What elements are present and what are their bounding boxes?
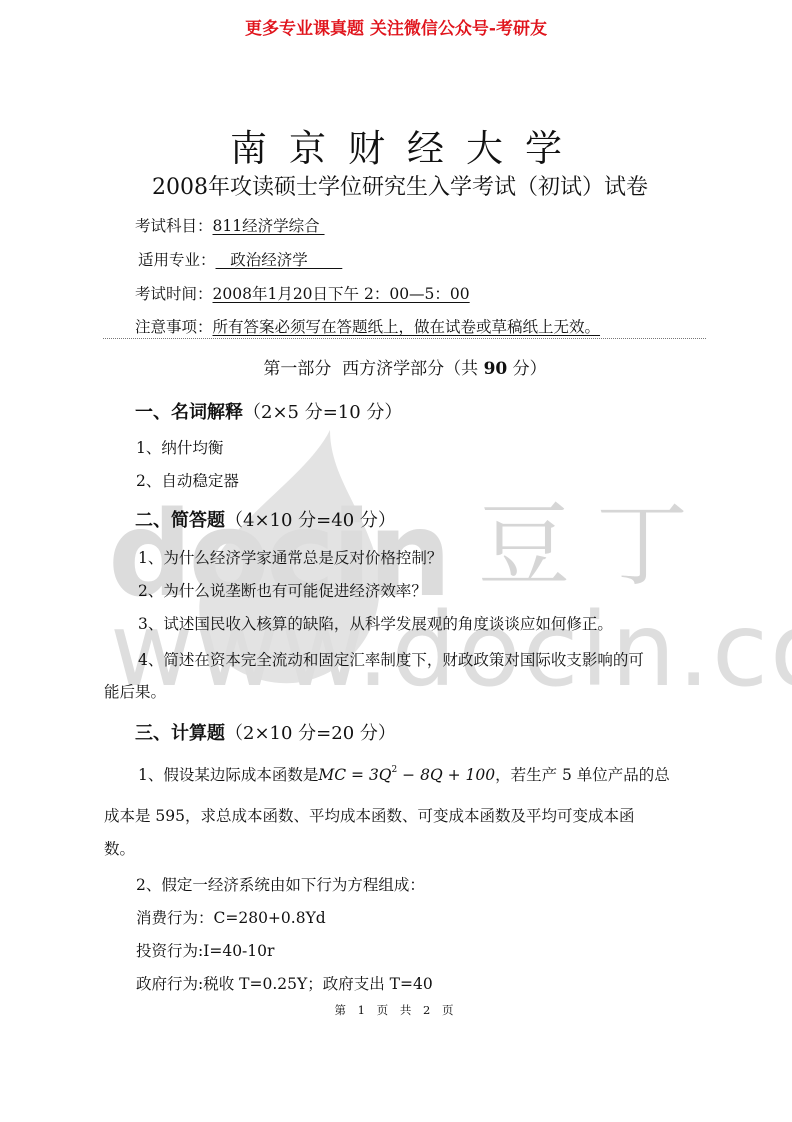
university-name: 南京财经大学 [0, 118, 792, 172]
formula-rhs: − 8Q + 100 [397, 766, 495, 784]
list-item: 消费行为：C=280+0.8Yd [136, 906, 326, 928]
section-heading-text: 三、计算题 [135, 723, 225, 744]
part-title: 第一部分 西方济学部分（共 90 分） [0, 354, 792, 379]
list-item: 投资行为:I=40-10r [136, 939, 274, 961]
info-label: 适用专业： [138, 251, 216, 269]
section-heading-text: 一、名词解释 [135, 402, 243, 423]
part-score: 90 [484, 359, 508, 379]
list-item: 2、假定一经济系统由如下行为方程组成： [136, 873, 425, 895]
list-item: 2、为什么说垄断也有可能促进经济效率？ [138, 579, 427, 601]
section-heading-1: 一、名词解释（2×5 分=10 分） [135, 398, 402, 424]
list-item: 3、试述国民收入核算的缺陷，从科学发展观的角度谈谈应如何修正。 [138, 612, 613, 634]
info-subject: 考试科目：811经济学综合 [135, 214, 325, 236]
info-time: 考试时间：2008年1月20日下午 2：00—5：00 [135, 282, 470, 304]
item-text: 1、假设某边际成本函数是 [138, 766, 318, 784]
list-item-continuation: 成本是 595，求总成本函数、平均成本函数、可变成本函数及平均可变成本函 [104, 804, 635, 826]
info-major: 适用专业： 政治经济学 [138, 248, 342, 270]
list-item: 1、假设某边际成本函数是MC = 3Q2 − 8Q + 100，若生产 5 单位… [138, 763, 670, 785]
item-text: ，若生产 5 单位产品的总 [495, 766, 670, 784]
section-heading-text: 二、简答题 [135, 510, 225, 531]
formula: MC = 3Q2 − 8Q + 100 [318, 766, 495, 784]
list-item: 1、为什么经济学家通常总是反对价格控制？ [138, 546, 442, 568]
info-value: 政治经济学 [216, 251, 343, 269]
list-item: 1、纳什均衡 [136, 436, 223, 458]
section-points: （2×10 分=20 分） [225, 723, 396, 744]
info-value: 2008年1月20日下午 2：00—5：00 [213, 285, 470, 303]
section-heading-2: 二、简答题（4×10 分=40 分） [135, 506, 396, 532]
info-notice: 注意事项：所有答案必须写在答题纸上，做在试卷或草稿纸上无效。 [135, 315, 600, 337]
formula-lhs: MC = 3Q [318, 766, 391, 784]
section-points: （2×5 分=10 分） [243, 402, 402, 423]
part-title-prefix: 第一部分 西方济学部分（共 [263, 359, 483, 379]
section-points: （4×10 分=40 分） [225, 510, 396, 531]
list-item-continuation: 能后果。 [104, 680, 166, 702]
list-item: 2、自动稳定器 [136, 469, 239, 491]
list-item-continuation: 数。 [104, 837, 135, 859]
exam-title: 2008年攻读硕士学位研究生入学考试（初试）试卷 [0, 170, 792, 201]
list-item: 政府行为:税收 T=0.25Y；政府支出 T=40 [136, 972, 433, 994]
info-value: 所有答案必须写在答题纸上，做在试卷或草稿纸上无效。 [213, 318, 601, 336]
watermark-douding: 豆丁 [478, 500, 714, 592]
section-heading-3: 三、计算题（2×10 分=20 分） [135, 719, 396, 745]
info-label: 考试科目： [135, 217, 213, 235]
info-label: 注意事项： [135, 318, 213, 336]
list-item: 4、简述在资本完全流动和固定汇率制度下，财政政策对国际收支影响的可 [138, 648, 644, 670]
part-title-suffix: 分） [507, 359, 546, 379]
dotted-separator [103, 338, 706, 339]
info-label: 考试时间： [135, 285, 213, 303]
info-value: 811经济学综合 [213, 217, 325, 235]
promo-banner: 更多专业课真题 关注微信公众号-考研友 [0, 14, 792, 39]
page-number: 第 1 页 共 2 页 [0, 1002, 792, 1018]
